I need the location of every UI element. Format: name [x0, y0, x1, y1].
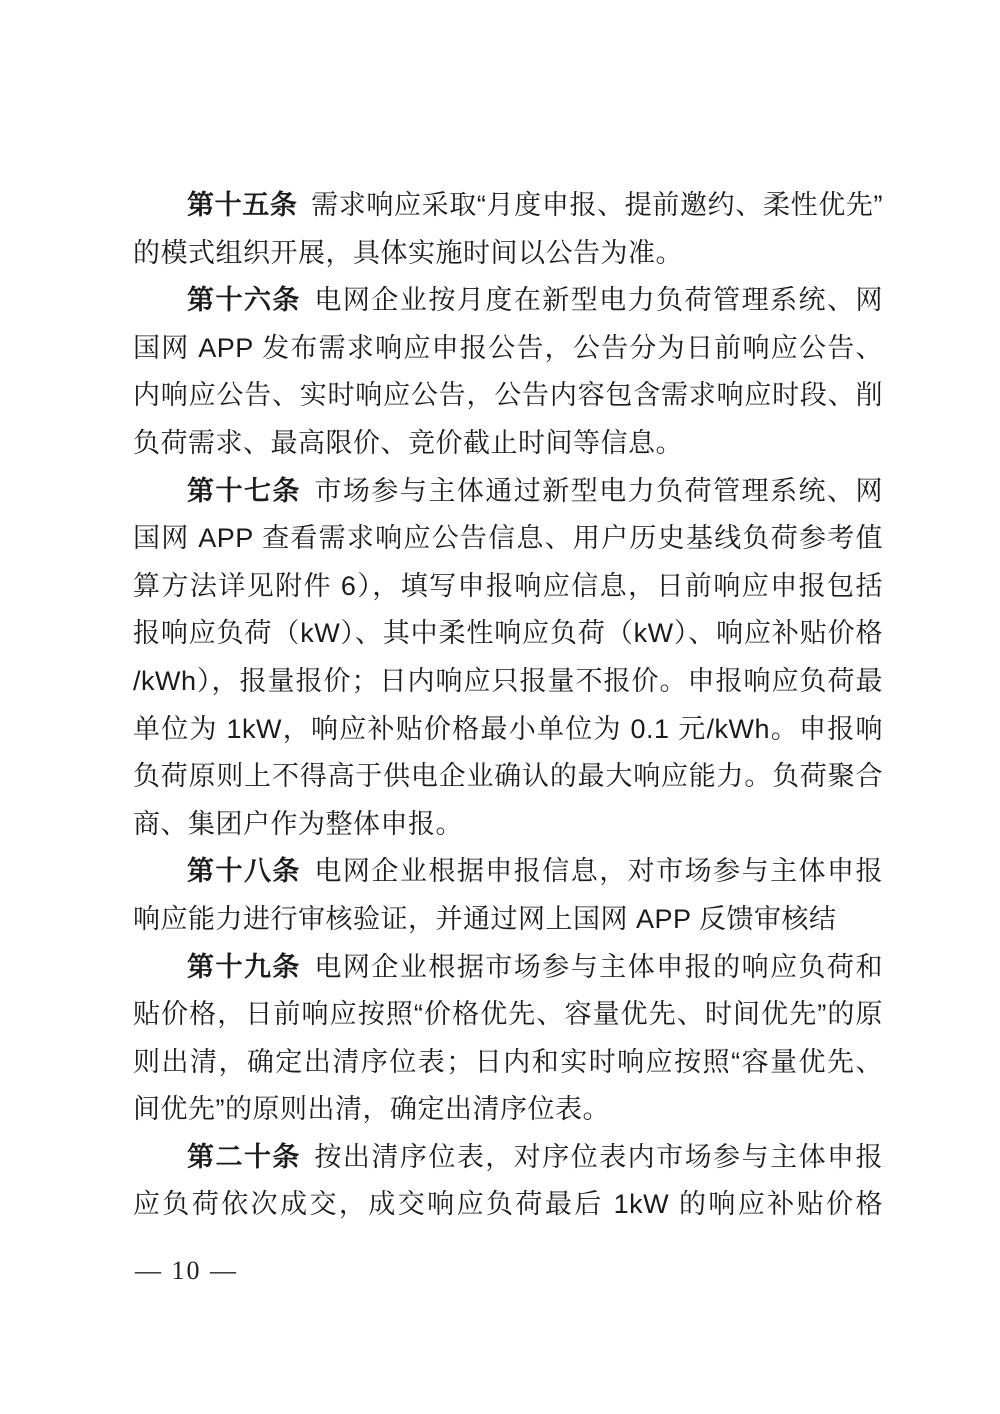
text-line: 第二十条按出清序位表，对序位表内市场参与主体申报响	[133, 1134, 883, 1182]
article-number: 第十六条	[187, 285, 301, 315]
text-line: 内响应公告、实时响应公告，公告内容包含需求响应时段、削峰	[133, 372, 883, 420]
page-number: — 10 —	[135, 1256, 238, 1286]
article-number: 第十五条	[187, 190, 298, 220]
article-number: 第十八条	[187, 856, 301, 886]
text-line: 第十五条需求响应采取“月度申报、提前邀约、柔性优先”	[133, 182, 883, 230]
line-text: 负荷需求、最高限价、竞价截止时间等信息。	[133, 428, 683, 458]
line-text: 贴价格，日前响应按照“价格优先、容量优先、时间优先”的原	[133, 999, 883, 1029]
text-line: 算方法详见附件 6），填写申报响应信息，日前响应申报包括申	[133, 563, 883, 611]
line-text: 算方法详见附件 6），填写申报响应信息，日前响应申报包括申	[133, 571, 883, 611]
line-text: 商、集团户作为整体申报。	[133, 809, 463, 839]
line-text: 报响应负荷（kW）、其中柔性响应负荷（kW）、响应补贴价格（元	[133, 618, 883, 658]
line-text: 应负荷依次成交，成交响应负荷最后 1kW 的响应补贴价格（边	[133, 1189, 883, 1229]
line-text: 负荷原则上不得高于供电企业确认的最大响应能力。负荷聚合	[133, 761, 883, 791]
text-line: 的模式组织开展，具体实施时间以公告为准。	[133, 230, 883, 278]
line-text: 的模式组织开展，具体实施时间以公告为准。	[133, 238, 683, 268]
text-line: /kWh），报量报价；日内响应只报量不报价。申报响应负荷最小	[133, 658, 883, 706]
line-text: 内响应公告、实时响应公告，公告内容包含需求响应时段、削峰	[133, 380, 883, 420]
text-line: 第十八条电网企业根据申报信息，对市场参与主体申报的	[133, 848, 883, 896]
line-text: /kWh），报量报价；日内响应只报量不报价。申报响应负荷最小	[133, 666, 883, 706]
article-number: 第二十条	[187, 1142, 301, 1172]
line-text: 国网 APP 查看需求响应公告信息、用户历史基线负荷参考值（计	[133, 523, 883, 563]
text-line: 贴价格，日前响应按照“价格优先、容量优先、时间优先”的原	[133, 991, 883, 1039]
text-line: 应负荷依次成交，成交响应负荷最后 1kW 的响应补贴价格（边	[133, 1181, 883, 1229]
text-line: 商、集团户作为整体申报。	[133, 801, 883, 849]
text-line: 负荷原则上不得高于供电企业确认的最大响应能力。负荷聚合	[133, 753, 883, 801]
article-number: 第十七条	[187, 476, 301, 506]
document-page: 第十五条需求响应采取“月度申报、提前邀约、柔性优先” 的模式组织开展，具体实施时…	[0, 0, 1000, 1414]
text-line: 间优先”的原则出清，确定出清序位表。	[133, 1086, 883, 1134]
line-text: 单位为 1kW，响应补贴价格最小单位为 0.1 元/kWh。申报响应	[133, 714, 883, 754]
text-line: 第十九条电网企业根据市场参与主体申报的响应负荷和补	[133, 944, 883, 992]
text-line: 国网 APP 查看需求响应公告信息、用户历史基线负荷参考值（计	[133, 515, 883, 563]
document-body: 第十五条需求响应采取“月度申报、提前邀约、柔性优先” 的模式组织开展，具体实施时…	[133, 182, 883, 1229]
line-text: 响应能力进行审核验证，并通过网上国网 APP 反馈审核结果。	[133, 904, 837, 944]
text-line: 第十七条市场参与主体通过新型电力负荷管理系统、网上	[133, 468, 883, 516]
article-number: 第十九条	[187, 952, 301, 982]
line-text: 间优先”的原则出清，确定出清序位表。	[133, 1094, 610, 1124]
text-line: 第十六条电网企业按月度在新型电力负荷管理系统、网上	[133, 277, 883, 325]
text-line: 则出清，确定出清序位表；日内和实时响应按照“容量优先、时	[133, 1039, 883, 1087]
line-text: 国网 APP 发布需求响应申报公告，公告分为日前响应公告、日	[133, 333, 883, 373]
text-line: 单位为 1kW，响应补贴价格最小单位为 0.1 元/kWh。申报响应	[133, 706, 883, 754]
line-text: 需求响应采取“月度申报、提前邀约、柔性优先”	[311, 190, 883, 220]
text-line: 报响应负荷（kW）、其中柔性响应负荷（kW）、响应补贴价格（元	[133, 610, 883, 658]
text-line: 国网 APP 发布需求响应申报公告，公告分为日前响应公告、日	[133, 325, 883, 373]
text-line: 响应能力进行审核验证，并通过网上国网 APP 反馈审核结果。	[133, 896, 883, 944]
text-line: 负荷需求、最高限价、竞价截止时间等信息。	[133, 420, 883, 468]
line-text: 则出清，确定出清序位表；日内和实时响应按照“容量优先、时	[133, 1047, 883, 1087]
